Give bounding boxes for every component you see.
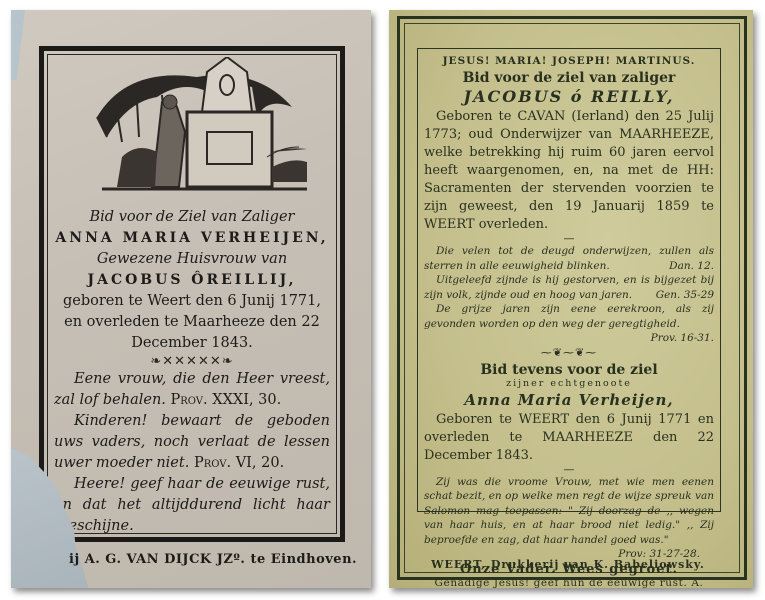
- prayer-heading: Bid voor de ziel van zaliger: [424, 70, 714, 86]
- verse: Heere! geef haar de eeuwige rust, en dat…: [54, 474, 330, 537]
- spouse-label: zijner echtgenoote: [424, 378, 714, 389]
- printer-imprint: ij A. G. VAN DIJCK JZº. te Eindhoven.: [69, 552, 357, 567]
- prayer-heading: Bid voor de Ziel van Zaliger: [54, 207, 330, 228]
- verse-reference: Gen. 35-29: [644, 288, 714, 303]
- birth-line: geboren te Weert den 6 Junij 1771,: [54, 291, 330, 312]
- printer-imprint: WEERT, Drukkerij van K. Babeliowsky.: [417, 558, 719, 571]
- spouse-biography: Geboren te WEERT den 6 Junij 1771 en ove…: [424, 411, 714, 465]
- divider-dash: —: [424, 465, 714, 475]
- verse: Eene vrouw, die den Heer vreest, zal lof…: [54, 369, 330, 411]
- deceased-name: JACOBUS ó REILLY,: [424, 86, 714, 108]
- divider-dash: —: [424, 234, 714, 244]
- decorative-ornament-icon: ⁓❦⁓❦⁓: [424, 346, 714, 359]
- inner-border-frame: JESUS! MARIA! JOSEPH! MARTINUS. Bid voor…: [417, 48, 721, 512]
- black-border-frame: Bid voor de Ziel van Zaliger ANNA MARIA …: [39, 46, 345, 542]
- biography: Geboren te CAVAN (Ierland) den 25 Julij …: [424, 108, 714, 234]
- left-card-content: Bid voor de Ziel van Zaliger ANNA MARIA …: [54, 57, 330, 531]
- relation-line: Gewezene Huisvrouw van: [54, 249, 330, 270]
- verse-reference: Prov. 16-31.: [639, 331, 714, 346]
- second-prayer-heading: Bid tevens voor de ziel: [424, 362, 714, 378]
- verse: De grijze jaren zijn eene eerekroon, als…: [424, 302, 714, 331]
- verse-reference: Prov. VI, 20.: [194, 455, 284, 471]
- right-card-content: JESUS! MARIA! JOSEPH! MARTINUS. Bid voor…: [424, 53, 714, 589]
- spouse-name: Anna Maria Verheijen,: [424, 389, 714, 411]
- verse: Die velen tot de deugd onderwijzen, zull…: [424, 244, 714, 273]
- mourning-woman-monument-engraving-icon: [67, 57, 317, 207]
- verse: Uitgeleefd zijnde is hij gestorven, en i…: [424, 273, 714, 302]
- verse: Zij was die vroome Vrouw, met wie men ee…: [424, 475, 714, 548]
- verse-reference: Dan. 12.: [657, 259, 714, 274]
- right-memorial-card: JESUS! MARIA! JOSEPH! MARTINUS. Bid voor…: [389, 10, 753, 588]
- death-line: en overleden te Maarheeze den 22: [54, 312, 330, 333]
- invocation: JESUS! MARIA! JOSEPH! MARTINUS.: [424, 55, 714, 67]
- verse: Kinderen! bewaart de geboden uws vaders,…: [54, 411, 330, 474]
- left-memorial-card: Bid voor de Ziel van Zaliger ANNA MARIA …: [11, 10, 371, 588]
- decorative-ornament-icon: ❧✕✕✕✕✕❧: [54, 354, 330, 369]
- paper-tear-top: [11, 10, 25, 80]
- verse-reference: Prov. XXXI, 30.: [171, 392, 282, 408]
- closing-line: Genadige Jesus! geef hun de eeuwige rust…: [424, 577, 714, 589]
- deceased-name: ANNA MARIA VERHEIJEN,: [54, 228, 330, 249]
- death-date: December 1843.: [54, 333, 330, 354]
- husband-name: JACOBUS ÔREILLIJ,: [54, 270, 330, 291]
